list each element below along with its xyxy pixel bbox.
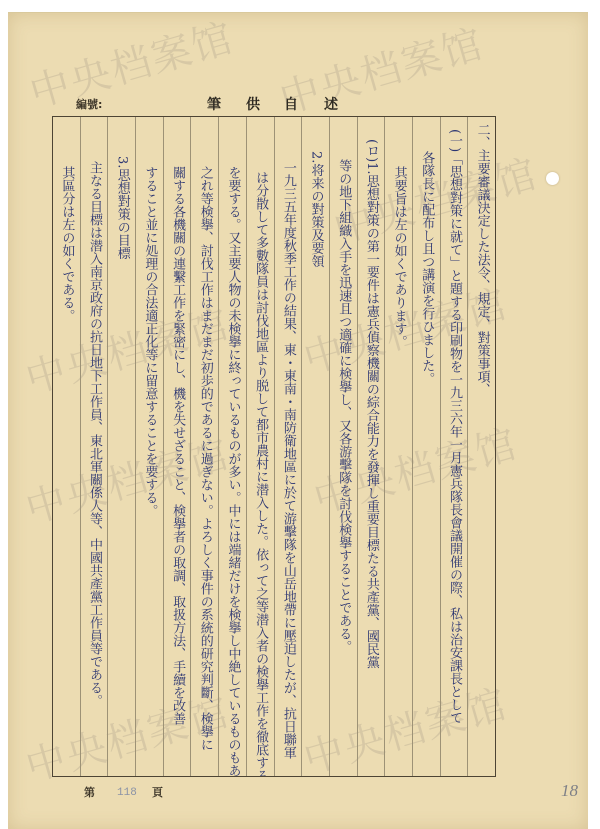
- handwritten-line: 其要旨は左の如くであります。: [390, 166, 408, 348]
- page-number-stamp: 118: [117, 787, 137, 799]
- handwritten-line: 其區分は左の如くである。: [57, 166, 75, 322]
- text-column: 2.将来の對策及要領: [301, 117, 329, 776]
- form-title-char: 述: [324, 94, 338, 114]
- text-column: 其區分は左の如くである。: [53, 117, 80, 776]
- text-column: (ロ)1.思想對策の第一要件は憲兵偵察機關の綜合能力を發揮し重要目標たる共產黨、…: [357, 117, 385, 776]
- text-column: 二、主要審議決定した法令、規定、對策事項、: [467, 117, 495, 776]
- text-column: 一九三五年度秋季工作の結果、東・東南・南防衛地區に於て游擊隊を山岳地帶に壓迫した…: [274, 117, 302, 776]
- text-column: は分散して多數隊員は討伐地區より脱して都市農村に潜入した。依って之等潜入者の検擧…: [246, 117, 274, 776]
- text-column: すること並に処理の合法適正化等に留意することを要する。: [135, 117, 163, 776]
- form-title-char: 供: [246, 94, 260, 114]
- handwritten-line: 2.将来の對策及要領: [307, 151, 325, 267]
- page-label-prefix: 第: [84, 784, 95, 800]
- handwritten-line: を要する。又主要人物の未検擧に終っているものが多い。中には端緒だけを検擧し中絶し…: [223, 166, 241, 776]
- handwritten-line: は分散して多數隊員は討伐地區より脱して都市農村に潜入した。依って之等潜入者の検擧…: [251, 171, 269, 776]
- handwritten-line: 3.思想對策の目標: [113, 156, 131, 259]
- page-label-suffix: 頁: [152, 784, 163, 800]
- handwritten-line: 等の地下組織入手を迅速且つ適確に検擧し、又各游擊隊を討伐検擧することである。: [334, 159, 352, 653]
- text-column: 其要旨は左の如くであります。: [384, 117, 412, 776]
- text-column: (一)「思想對策に就て」と題する印刷物を一九三六年一月憲兵隊長會議開催の際、私は…: [440, 117, 468, 776]
- text-column: 關する各機關の連繫工作を緊密にし、機を失せざること、検擧者の取調、取扱方法、手續…: [163, 117, 191, 776]
- text-column: 主なる目標は潜入南京政府の抗日地下工作員、東北軍關係人等、中國共產黨工作員等であ…: [80, 117, 108, 776]
- text-column: 3.思想對策の目標: [107, 117, 135, 776]
- handwritten-line: (一)「思想對策に就て」と題する印刷物を一九三六年一月憲兵隊長會議開催の際、私は…: [445, 129, 463, 724]
- handwritten-line: 之れ等検擧、討伐工作はまだまだ初歩的であるに過ぎない。よろしく事件の系統的研究判…: [196, 166, 214, 751]
- handwritten-line: 一九三五年度秋季工作の結果、東・東南・南防衛地區に於て游擊隊を山岳地帶に壓迫した…: [279, 161, 297, 759]
- form-number-label: 編號:: [76, 96, 102, 112]
- handwritten-line: 主なる目標は潜入南京政府の抗日地下工作員、東北軍關係人等、中國共產黨工作員等であ…: [85, 161, 103, 707]
- text-column: 之れ等検擧、討伐工作はまだまだ初歩的であるに過ぎない。よろしく事件の系統的研究判…: [190, 117, 218, 776]
- handwritten-line: すること並に処理の合法適正化等に留意することを要する。: [140, 166, 158, 517]
- text-column: 等の地下組織入手を迅速且つ適確に検擧し、又各游擊隊を討伐検擧することである。: [329, 117, 357, 776]
- form-title-char: 筆: [207, 94, 221, 114]
- text-column: を要する。又主要人物の未検擧に終っているものが多い。中には端緒だけを検擧し中絶し…: [218, 117, 246, 776]
- handwritten-line: 二、主要審議決定した法令、規定、對策事項、: [473, 123, 491, 396]
- handwritten-line: (ロ)1.思想對策の第一要件は憲兵偵察機關の綜合能力を發揮し重要目標たる共產黨、…: [362, 139, 380, 669]
- handwritten-folio-number: 18: [561, 781, 578, 801]
- form-title-char: 自: [284, 94, 298, 114]
- punch-hole: [546, 172, 559, 185]
- ruled-writing-grid: 二、主要審議決定した法令、規定、對策事項、 (一)「思想對策に就て」と題する印刷…: [52, 116, 496, 777]
- handwritten-line: 關する各機關の連繫工作を緊密にし、機を失せざること、検擧者の取調、取扱方法、手續…: [168, 166, 186, 725]
- text-column: 各隊長に配布し且つ講演を行ひました。: [412, 117, 440, 776]
- handwritten-line: 各隊長に配布し且つ講演を行ひました。: [417, 151, 435, 385]
